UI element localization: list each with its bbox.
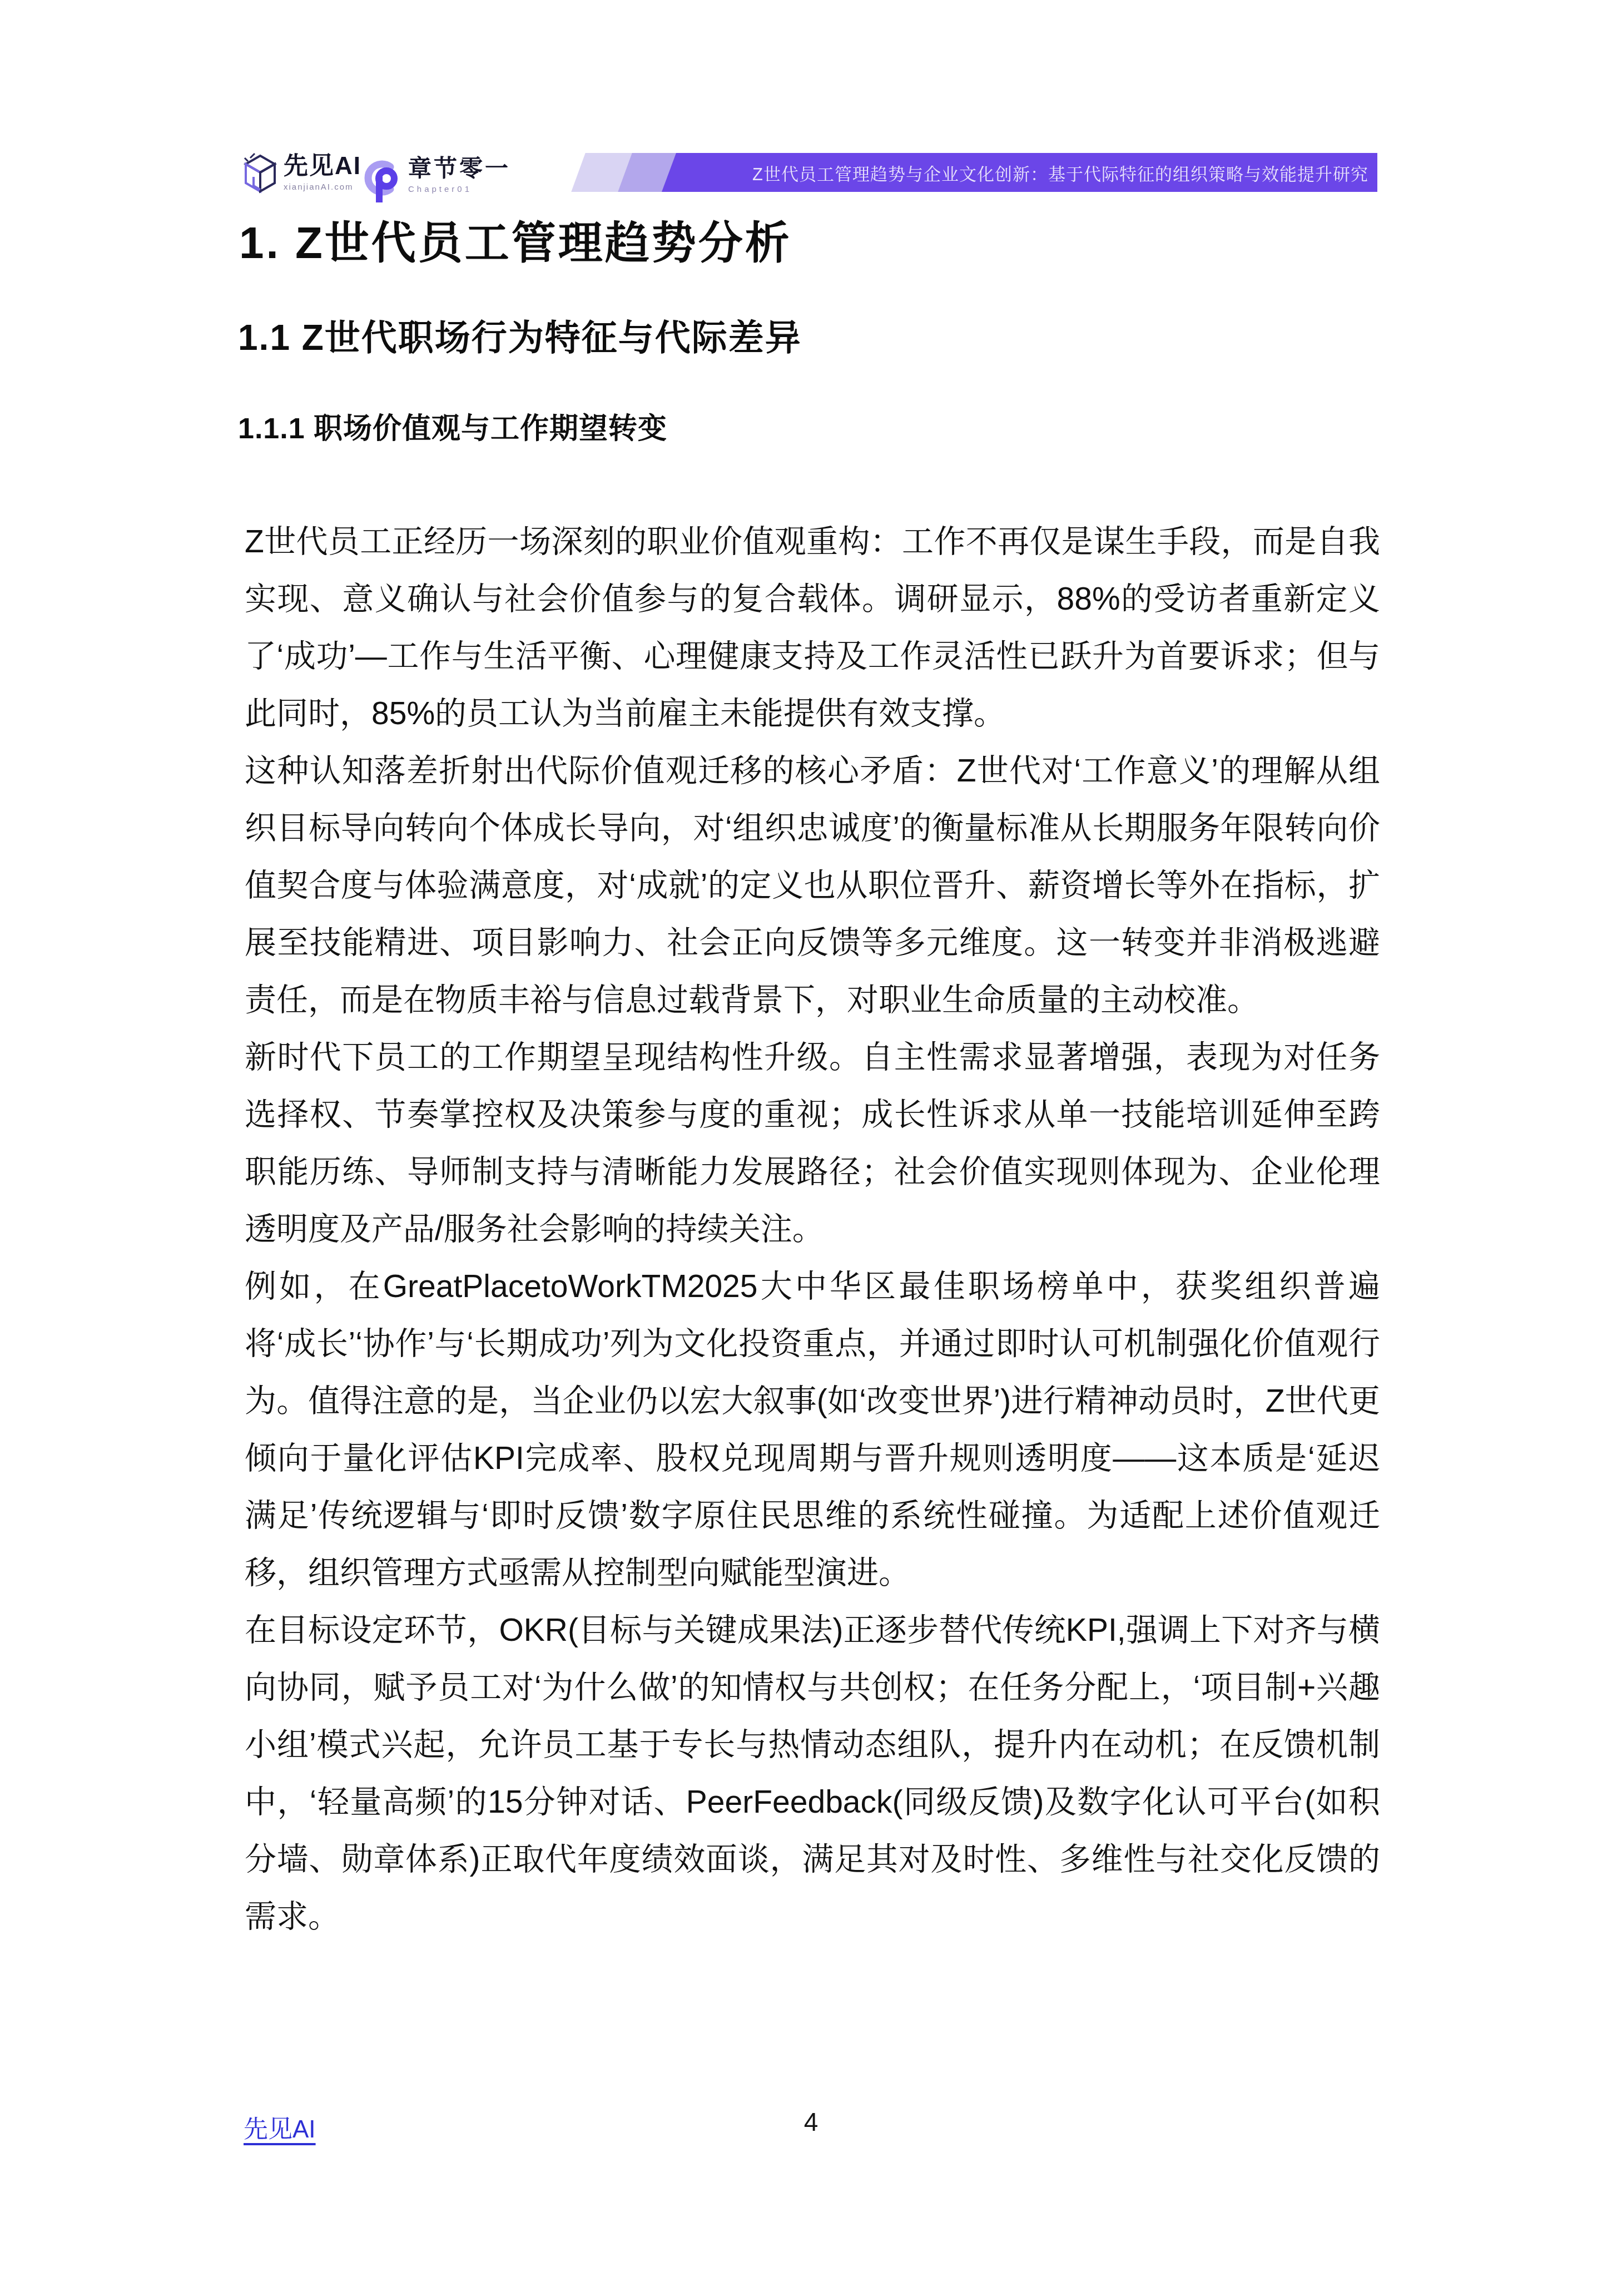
paragraph-2: 这种认知落差折射出代际价值观迁移的核心矛盾：Z世代对‘工作意义’的理解从组织目标… — [245, 743, 1380, 1029]
banner-title: Z世代员工管理趋势与企业文化创新：基于代际特征的组织策略与效能提升研究 — [752, 160, 1368, 185]
paragraph-1: Z世代员工正经历一场深刻的职业价值观重构：工作不再仅是谋生手段，而是自我实现、意… — [245, 513, 1380, 743]
section-heading-1-1-1: 1.1.1 职场价值观与工作期望转变 — [238, 405, 667, 447]
brand-chapter01-subtitle: Chapter01 — [408, 185, 510, 194]
banner-title-bar: Z世代员工管理趋势与企业文化创新：基于代际特征的组织策略与效能提升研究 — [662, 153, 1377, 192]
cube-logo-icon — [242, 152, 278, 206]
brand-xianjian-ai: 先见AI xianjianAI.com — [242, 152, 361, 206]
paragraph-5: 在目标设定环节，OKR(目标与关键成果法)正逐步替代传统KPI,强调上下对齐与横… — [245, 1602, 1380, 1946]
paragraph-3: 新时代下员工的工作期望呈现结构性升级。自主性需求显著增强，表现为对任务选择权、节… — [245, 1029, 1380, 1258]
brand-chapter01: 章节零一 Chapter01 — [360, 155, 510, 207]
body-text: Z世代员工正经历一场深刻的职业价值观重构：工作不再仅是谋生手段，而是自我实现、意… — [245, 513, 1380, 1946]
paragraph-4: 例如，在GreatPlacetoWorkTM2025大中华区最佳职场榜单中，获奖… — [245, 1258, 1380, 1602]
section-heading-1-1: 1.1 Z世代职场行为特征与代际差异 — [238, 309, 802, 360]
page-number: 4 — [0, 2107, 1622, 2137]
brand-xianjian-domain: xianjianAI.com — [284, 182, 361, 192]
document-page: 先见AI xianjianAI.com 章节零一 Chapter01 Z世代员工… — [0, 0, 1622, 2296]
brand-xianjian-name: 先见AI — [284, 152, 361, 180]
section-heading-1: 1. Z世代员工管理趋势分析 — [239, 207, 792, 271]
cp-ring-logo-icon — [360, 155, 403, 207]
brand-chapter01-name: 章节零一 — [408, 155, 510, 182]
report-title-banner: Z世代员工管理趋势与企业文化创新：基于代际特征的组织策略与效能提升研究 — [574, 153, 1377, 192]
